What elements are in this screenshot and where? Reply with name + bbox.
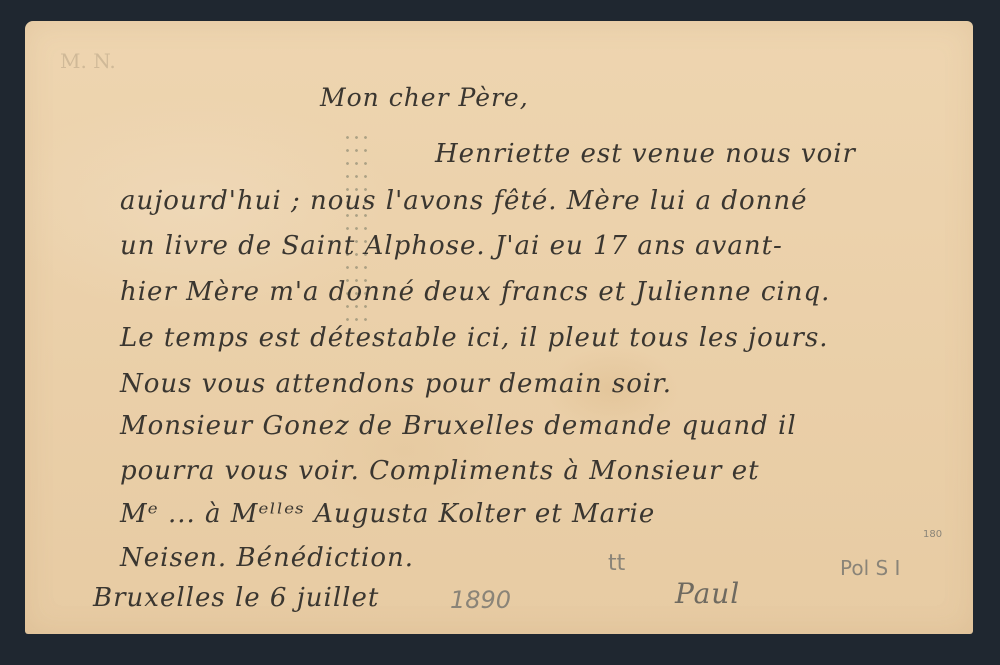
year-pencil: 1890 [450, 586, 511, 614]
body-line-8: pourra vous voir. Compliments à Monsieur… [120, 456, 760, 486]
signature: Paul [675, 577, 740, 610]
body-line-6: Nous vous attendons pour demain soir. [120, 369, 672, 399]
body-line-4: hier Mère m'a donné deux francs et Julie… [120, 277, 830, 307]
body-line-9: Mᵉ ... à Mᵉˡˡᵉˢ Augusta Kolter et Marie [120, 499, 655, 529]
postcard: M. N. Mon cher Père, Henriette est venue… [25, 21, 973, 634]
body-line-10: Neisen. Bénédiction. [120, 543, 414, 573]
body-line-2: aujourd'hui ; nous l'avons fêté. Mère lu… [120, 186, 807, 216]
body-line-5: Le temps est détestable ici, il pleut to… [120, 323, 829, 353]
dateline: Bruxelles le 6 juillet [93, 583, 379, 613]
body-line-7: Monsieur Gonez de Bruxelles demande quan… [120, 411, 797, 441]
salutation: Mon cher Père, [320, 83, 529, 112]
body-line-1: Henriette est venue nous voir [435, 139, 856, 169]
faded-corner-mark: M. N. [60, 49, 116, 73]
catalog-ref: Pol S I [840, 556, 900, 580]
small-pencil-mark: tt [608, 551, 625, 576]
body-line-3: un livre de Saint Alphose. J'ai eu 17 an… [120, 231, 783, 261]
tiny-pencil-number: 180 [923, 529, 942, 540]
